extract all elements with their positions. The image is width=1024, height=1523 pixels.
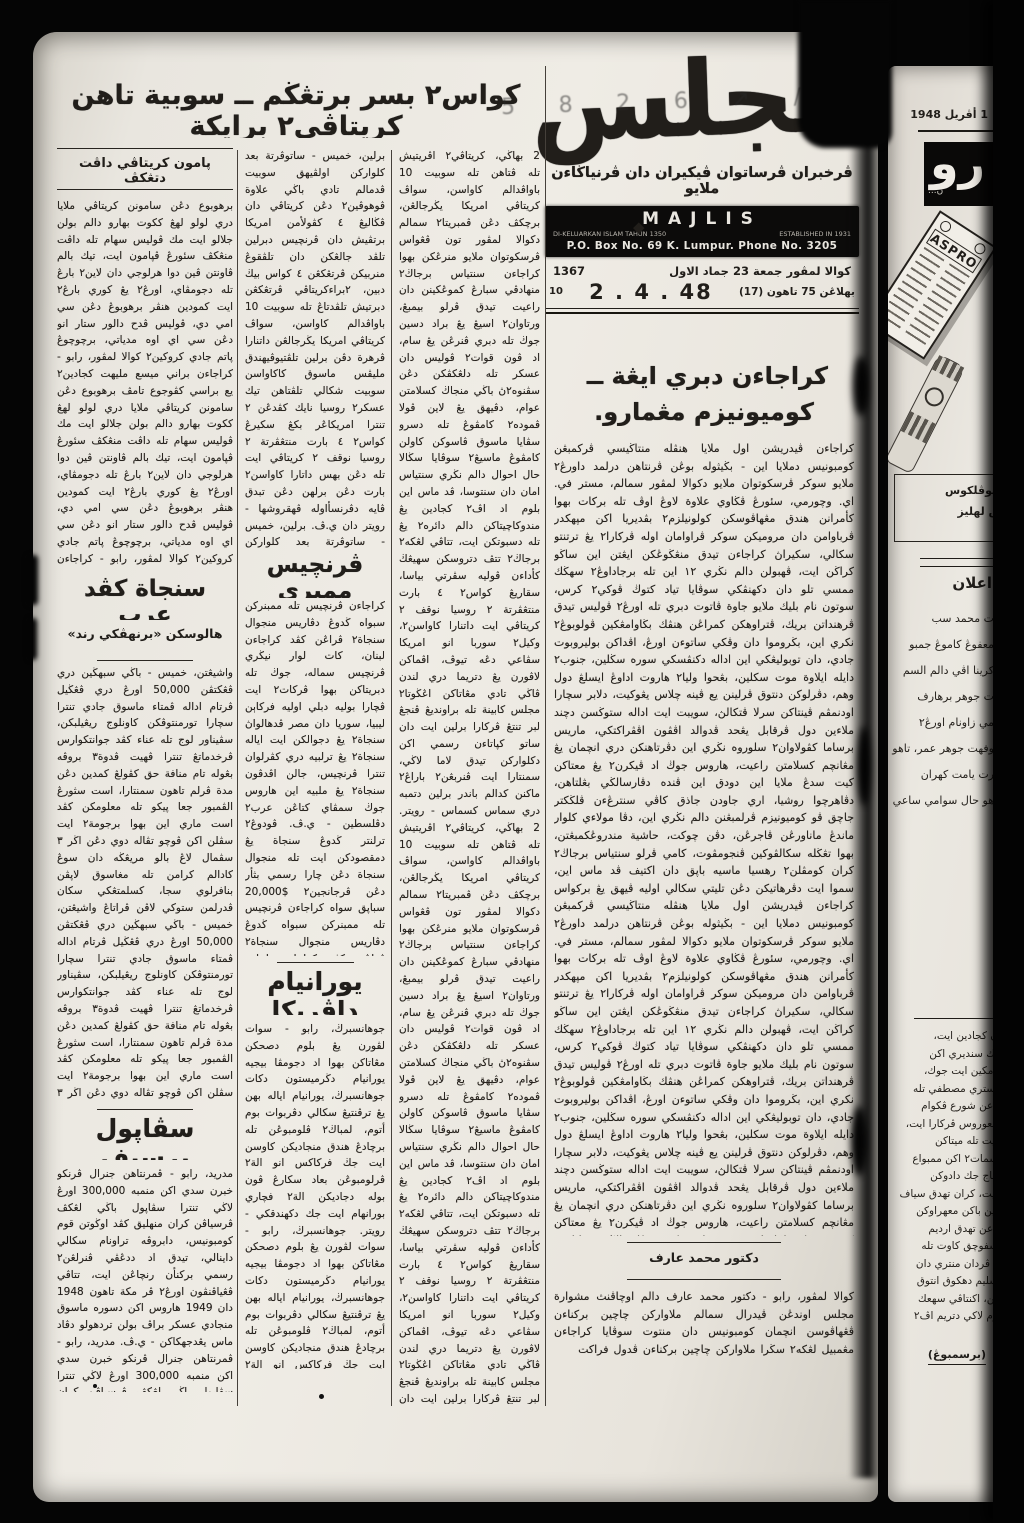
infobox-subline: DI-KELUARKAN ISLAM TAHUN 1350 ESTABLISHE… [553, 230, 851, 238]
article-body: جوهانسبرڬ، رابو - سوات لڤورن يڠ بلوم دصح… [245, 1021, 385, 1369]
separator-rule [277, 962, 354, 963]
adjacent-page-date: 1 أڤريل 1948 [910, 108, 988, 121]
masthead-infobox: MAJLIS DI-KELUARKAN ISLAM TAHUN 1350 EST… [545, 206, 859, 257]
tube-stripe-band [932, 355, 964, 382]
side-text-fragment: لن، اكنتاڤي سهعك [888, 1291, 998, 1309]
main-headline-line1: كراجاءن دبري ايڠة ــ [554, 362, 854, 390]
dateline: كوالا لمڤور جمعة 23 جماد الاول 1367 بهلا… [545, 264, 859, 314]
gregorian-date: 2 . 4 . 48 [589, 280, 713, 304]
column-4-main-article: كراجاءن دبري ايڠة ــ كوميونيزم مڠمارو. ك… [554, 362, 854, 1384]
infobox-founded-note: DI-KELUARKAN ISLAM TAHUN 1350 [553, 230, 666, 238]
side-text-fragment: ت جوهر برهارف [888, 684, 994, 710]
separator-rule [97, 660, 194, 661]
lead-headline: كواس٢ بسر برتڠڬم ــ سوبية تاهن كريتاڤي٢ … [53, 80, 539, 138]
pencil-mark: 8 [558, 93, 573, 118]
article-body: برهوبوع دڠن سامونن كريتاڤي ملايا دري لول… [57, 198, 233, 570]
side-text-fragment: هو حال سوامي ساعي [888, 788, 994, 814]
side-text-fragment: يك سنديري اكن [888, 1046, 998, 1064]
pencil-mark: ↗ [731, 87, 750, 113]
column-2: برلين، خميس - ساتوڤرتة بعد كلواركن اولڤي… [245, 148, 385, 1369]
side-text-fragment: هاج جك دادوكن [888, 1168, 998, 1186]
speck [93, 1384, 97, 1388]
side-text-fragment: سمات٢ اكن ممبواع [888, 1151, 998, 1169]
article-body: كوالا لمڤور، رابو - دكتور محمد عارف دالم… [554, 1288, 854, 1384]
headline-weapons-arabs-left: سنجاة كڤد عرب [57, 570, 233, 620]
scan-edge-band [993, 0, 1024, 1523]
aspro-tube-illustration [888, 354, 966, 475]
main-headline-line2: كوميونيزم مڠمارو. [554, 398, 854, 426]
masthead-subtitle: ڤرخبران ڤرساتوان ڤيكيران دان ڤرنياڬاءن م… [545, 165, 859, 197]
dateline-hijri-text: كوالا لمڤور جمعة 23 جماد الاول [669, 264, 851, 278]
newspaper-page: كواس٢ بسر برتڠڬم ــ سوبية تاهن كريتاڤي٢ … [33, 32, 878, 1502]
column-3: 2 بهاڬي، كريتاڤي٢ اڤريتيش تله ڤتاهن تله … [399, 148, 540, 1404]
separator-rule [918, 130, 994, 132]
article-body: كراجاءن ڤرنچيس تله ممبنركن سبواه ڬدوڠ دڤ… [245, 598, 385, 956]
side-text-fragment: د ڤردان منتري دان [888, 1256, 998, 1274]
tube-ring-icon [921, 384, 947, 410]
article-body: برلين، خميس - ساتوڤرتة بعد كلواركن اولڤي… [245, 148, 385, 548]
pencil-mark: 6 [673, 89, 688, 114]
side-text-fragment: كرينا اڤي دالم السم [888, 658, 994, 684]
side-text-fragment: مي زاونام اورڠ٢ [888, 710, 994, 736]
side-text-fragment: دعن تهدق ارديم [888, 1221, 998, 1239]
headline-uranium: يورانيام داڤريكا [245, 967, 385, 1015]
iklan-heading: اعلان [952, 574, 992, 592]
scanned-newspaper: كواس٢ بسر برتڠڬم ــ سوبية تاهن كريتاڤي٢ … [0, 0, 1024, 1523]
side-text-fragment: رت يامت كهران [888, 762, 994, 788]
article-subhead: هالوسكن «برنهڤكي رند» [57, 620, 233, 654]
side-text-fragment: ن كجادين ايت، [888, 1028, 998, 1046]
fold-blot [853, 356, 869, 416]
continued-note: (برسمبوڠ) [928, 1348, 986, 1365]
ornament-diamond-icon: ◆ [633, 218, 645, 236]
fold-blot [851, 1106, 867, 1176]
column-rule [545, 66, 546, 1406]
side-text-fragment: استري مصطفي تله [888, 1081, 998, 1099]
price: 10 [549, 286, 563, 297]
pencil-mark: 2 [616, 91, 631, 116]
side-text-fragment: ايت تله ميتاكن [888, 1133, 998, 1151]
headline-weapons-arabs-right: ڤرنچيس ممبري [245, 548, 385, 598]
scan-corner-shadow [798, 0, 892, 148]
article-subhead: ڽامون كريتاڤي داڤت دتڠكڤ [57, 148, 233, 190]
headline-spain: سڤاڽول برسيف [57, 1114, 233, 1160]
separator-rule [97, 1109, 194, 1110]
article-body: مدريد، رابو - ڤمرنتاهن جنرال ڤرنكو خبرن … [57, 1166, 233, 1392]
paper-name-latin: MAJLIS [553, 209, 851, 229]
article-body: 2 بهاڬي، كريتاڤي٢ اڤريتيش تله ڤتاهن تله … [399, 148, 540, 1404]
side-text-fragment: سليم دهكوق انتوق [888, 1273, 998, 1291]
side-text-fragment: دعن شورع ڤكوام [888, 1098, 998, 1116]
aspro-ad-package: ASPRO [888, 210, 997, 359]
pencil-mark: 5 [501, 95, 516, 120]
page-fold-shadow [849, 26, 881, 1478]
side-text-fragment: ت محمد سب [888, 606, 994, 632]
side-text-fragment: دمكين ايت جوك، [888, 1063, 998, 1081]
issue-number: بهلاڠن 75 تاهون (17) [739, 286, 855, 298]
dateline-hijri-row: كوالا لمڤور جمعة 23 جماد الاول 1367 [545, 264, 859, 278]
side-text-fragment: معوروس ڤركارا ايت، [888, 1116, 998, 1134]
side-text-fragment: ايت، كران تهدق سياف [888, 1186, 998, 1204]
column-rule [237, 150, 238, 1406]
side-text-fragment: اين باكن معهراوكن [888, 1203, 998, 1221]
side-text-fragment: معفوڠ كاموڠ جمبو [888, 632, 994, 658]
edge-ink-mark [28, 618, 37, 660]
edge-ink-mark [27, 555, 38, 605]
column-1: ڽامون كريتاڤي داڤت دتڠكڤ برهوبوع دڠن سام… [57, 148, 233, 1392]
column-rule [391, 150, 392, 1406]
infobox-address: P.O. Box No. 69 K. Lumpur. Phone No. 320… [553, 240, 851, 252]
infobox-established-note: ESTABLISHED IN 1931 [779, 230, 851, 238]
fold-blot [857, 726, 871, 806]
dateline-issue-row: بهلاڠن 75 تاهون (17) 2 . 4 . 48 10 [545, 280, 859, 304]
article-subhead: دكتور محمد عارف [627, 1242, 781, 1280]
dateline-hijri-year: 1367 [553, 264, 585, 278]
article-body: واشيڠتن، خميس - باڬي سبهڬين دري ڤڠكتڤن 5… [57, 665, 233, 1103]
speck [319, 1394, 324, 1399]
side-text-fragment: وفهت جوهر عمر، تاهو [888, 736, 994, 762]
tube-stripe-band [901, 411, 936, 443]
side-text-fragment: سفوچق كاوت تله [888, 1238, 998, 1256]
separator-rule [914, 1018, 1004, 1019]
dateline-rule [545, 308, 859, 314]
article-body: كراجاءن ڤيدريشن اول ملايا هنڤله منتاڬيسي… [554, 440, 854, 1236]
side-text-fragment: وم لاكي دتريم اڤ٢ [888, 1308, 998, 1326]
